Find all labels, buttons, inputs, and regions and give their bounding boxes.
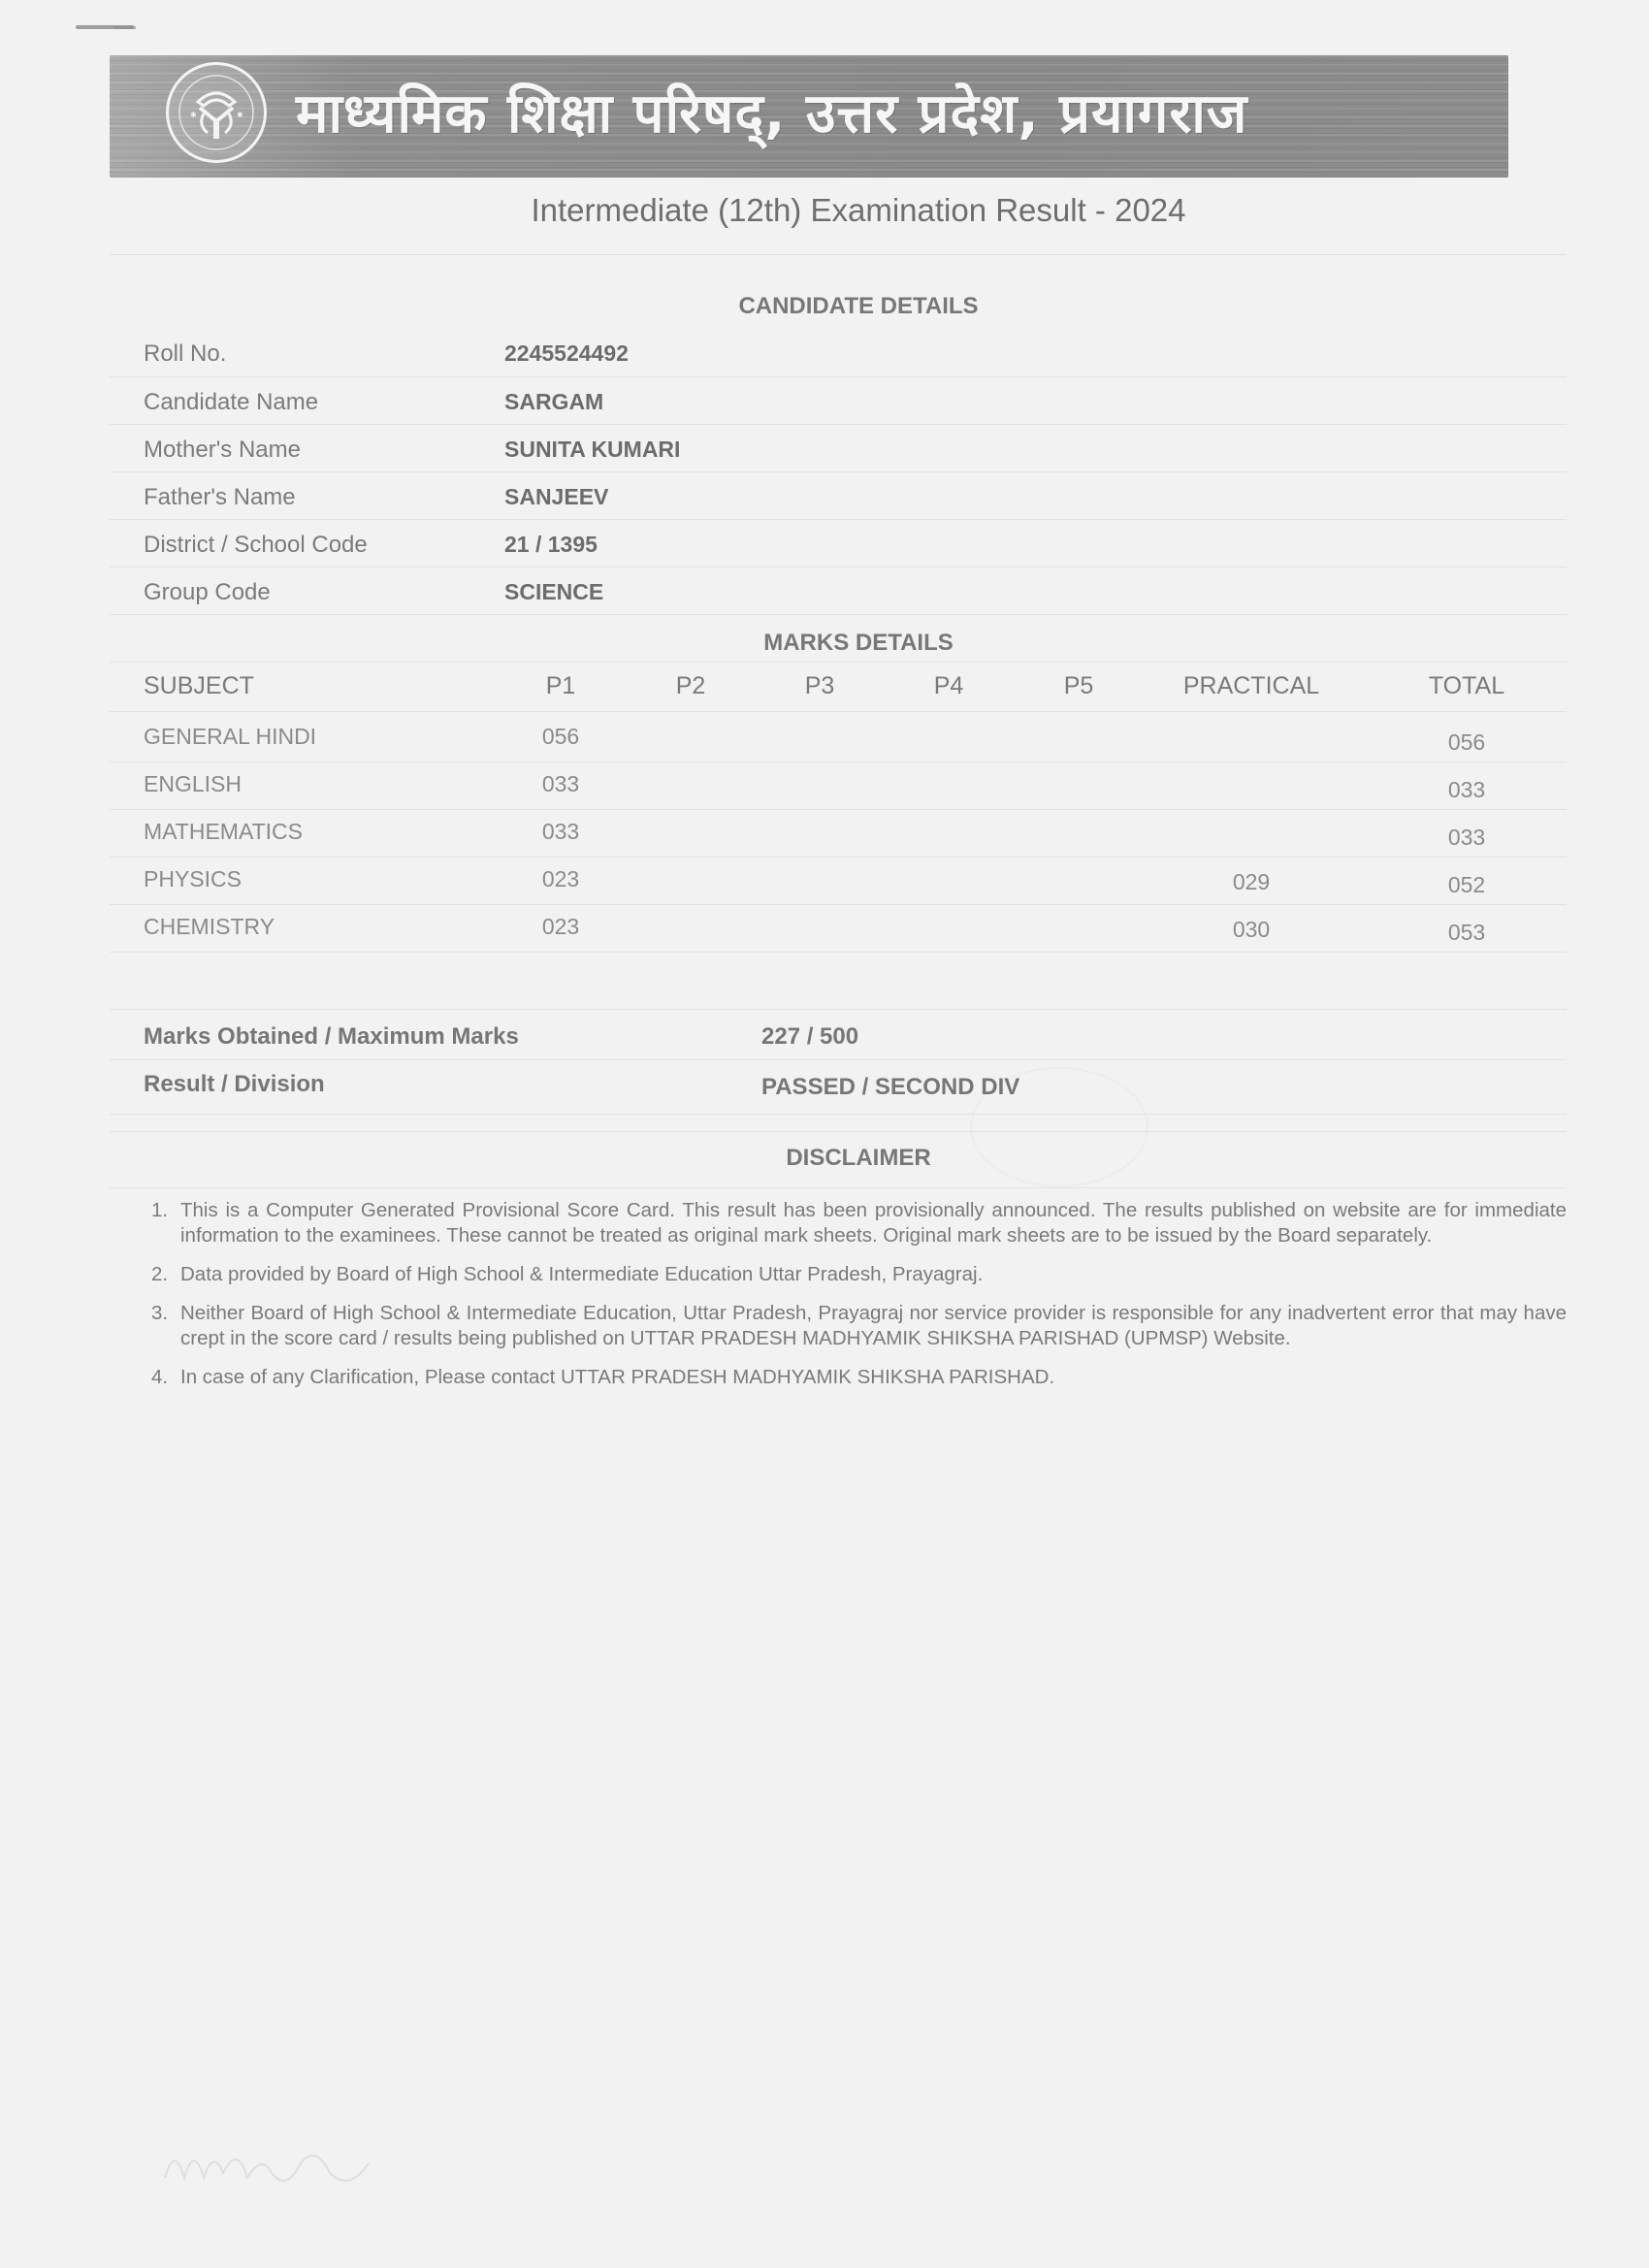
candidate-name-value: SARGAM <box>504 389 603 415</box>
divider <box>110 809 1567 810</box>
divider <box>110 761 1567 762</box>
candidate-row-mother: Mother's Name SUNITA KUMARI <box>144 437 1569 484</box>
exam-title: Intermediate (12th) Examination Result -… <box>0 192 1649 229</box>
group-code-value: SCIENCE <box>504 579 603 605</box>
divider <box>110 952 1567 953</box>
divider <box>110 614 1567 615</box>
column-header-p4: P4 <box>920 672 978 700</box>
column-header-subject: SUBJECT <box>144 672 254 700</box>
result-division-row: Result / Division PASSED / SECOND DIV <box>144 1071 1569 1110</box>
divider <box>110 254 1567 255</box>
divider <box>110 424 1567 425</box>
faint-stamp-watermark <box>970 1067 1148 1187</box>
upmsp-emblem-icon: ✱ ✱ <box>166 62 267 163</box>
disclaimer-item: 4. In case of any Clarification, Please … <box>145 1365 1567 1390</box>
divider <box>110 519 1567 520</box>
field-label: Father's Name <box>144 484 296 511</box>
cell-p1: 023 <box>532 914 590 940</box>
column-header-total: TOTAL <box>1389 672 1544 700</box>
marks-table-row: ENGLISH033033 <box>0 771 1649 810</box>
divider <box>110 1114 1567 1115</box>
disclaimer-item-text: Data provided by Board of High School & … <box>180 1263 983 1285</box>
disclaimer-item-number: 4. <box>151 1365 168 1390</box>
disclaimer-item: 3. Neither Board of High School & Interm… <box>145 1301 1567 1351</box>
cell-p1: 023 <box>532 866 590 892</box>
field-label: District / School Code <box>144 532 368 559</box>
cell-p1: 033 <box>532 771 590 797</box>
field-label: Candidate Name <box>144 389 318 416</box>
marks-table-row: MATHEMATICS033033 <box>0 819 1649 858</box>
divider <box>110 1187 1567 1188</box>
disclaimer-heading: DISCLAIMER <box>0 1145 1649 1172</box>
cell-subject: MATHEMATICS <box>144 819 303 845</box>
divider <box>110 1059 1567 1060</box>
cell-subject: CHEMISTRY <box>144 914 275 940</box>
result-division-label: Result / Division <box>144 1071 325 1098</box>
candidate-details-heading: CANDIDATE DETAILS <box>0 293 1649 320</box>
marks-obtained-value: 227 / 500 <box>761 1023 858 1051</box>
cell-p1: 056 <box>532 724 590 750</box>
scan-artifact <box>114 26 136 29</box>
cell-total: 033 <box>1389 825 1544 851</box>
svg-text:✱: ✱ <box>237 111 243 119</box>
cell-subject: ENGLISH <box>144 771 242 797</box>
candidate-row-father: Father's Name SANJEEV <box>144 484 1569 532</box>
cell-practical: 029 <box>1154 869 1348 895</box>
cell-total: 053 <box>1389 920 1544 946</box>
faint-handwriting-show-through <box>155 2134 407 2202</box>
marks-table-row: GENERAL HINDI056056 <box>0 724 1649 762</box>
candidate-row-district-school: District / School Code 21 / 1395 <box>144 532 1569 579</box>
marks-table-header: SUBJECT P1 P2 P3 P4 P5 PRACTICAL TOTAL <box>0 672 1649 711</box>
column-header-p1: P1 <box>532 672 590 700</box>
disclaimer-item-text: Neither Board of High School & Intermedi… <box>180 1302 1567 1349</box>
disclaimer-item-number: 1. <box>151 1198 168 1223</box>
column-header-p3: P3 <box>791 672 849 700</box>
marks-obtained-row: Marks Obtained / Maximum Marks 227 / 500 <box>144 1023 1569 1062</box>
svg-text:✱: ✱ <box>190 111 197 119</box>
field-label: Group Code <box>144 579 271 606</box>
cell-p1: 033 <box>532 819 590 845</box>
disclaimer-list: 1. This is a Computer Generated Provisio… <box>145 1198 1567 1404</box>
candidate-row-name: Candidate Name SARGAM <box>144 389 1569 437</box>
column-header-p5: P5 <box>1050 672 1108 700</box>
candidate-row-roll-no: Roll No. 2245524492 <box>144 340 1569 388</box>
disclaimer-item-text: In case of any Clarification, Please con… <box>180 1366 1054 1388</box>
roll-number-value: 2245524492 <box>504 340 629 367</box>
header-banner: ✱ ✱ माध्यमिक शिक्षा परिषद्, उत्तर प्रदेश… <box>110 55 1508 178</box>
cell-subject: PHYSICS <box>144 866 242 892</box>
cell-total: 056 <box>1389 729 1544 756</box>
cell-total: 052 <box>1389 872 1544 898</box>
divider <box>110 471 1567 472</box>
column-header-p2: P2 <box>662 672 720 700</box>
cell-practical: 030 <box>1154 917 1348 943</box>
disclaimer-item: 2. Data provided by Board of High School… <box>145 1262 1567 1287</box>
disclaimer-item-number: 2. <box>151 1262 168 1287</box>
marks-details-heading: MARKS DETAILS <box>0 630 1649 657</box>
candidate-row-group: Group Code SCIENCE <box>144 579 1569 627</box>
cell-subject: GENERAL HINDI <box>144 724 316 750</box>
field-label: Mother's Name <box>144 437 301 464</box>
disclaimer-item-number: 3. <box>151 1301 168 1326</box>
column-header-practical: PRACTICAL <box>1154 672 1348 700</box>
cell-total: 033 <box>1389 777 1544 803</box>
divider <box>110 857 1567 858</box>
divider <box>110 662 1567 663</box>
divider <box>110 1009 1567 1010</box>
disclaimer-item-text: This is a Computer Generated Provisional… <box>180 1199 1567 1247</box>
marks-table-row: CHEMISTRY023030053 <box>0 914 1649 953</box>
district-school-code-value: 21 / 1395 <box>504 532 598 558</box>
divider <box>110 711 1567 712</box>
divider <box>110 904 1567 905</box>
father-name-value: SANJEEV <box>504 484 608 510</box>
marks-obtained-label: Marks Obtained / Maximum Marks <box>144 1023 519 1051</box>
divider <box>110 1131 1567 1132</box>
mother-name-value: SUNITA KUMARI <box>504 437 680 463</box>
marks-table-row: PHYSICS023029052 <box>0 866 1649 905</box>
field-label: Roll No. <box>144 340 226 368</box>
divider <box>110 567 1567 567</box>
board-name-hindi: माध्यमिक शिक्षा परिषद्, उत्तर प्रदेश, प्… <box>296 75 1247 148</box>
divider <box>110 376 1567 377</box>
disclaimer-item: 1. This is a Computer Generated Provisio… <box>145 1198 1567 1248</box>
